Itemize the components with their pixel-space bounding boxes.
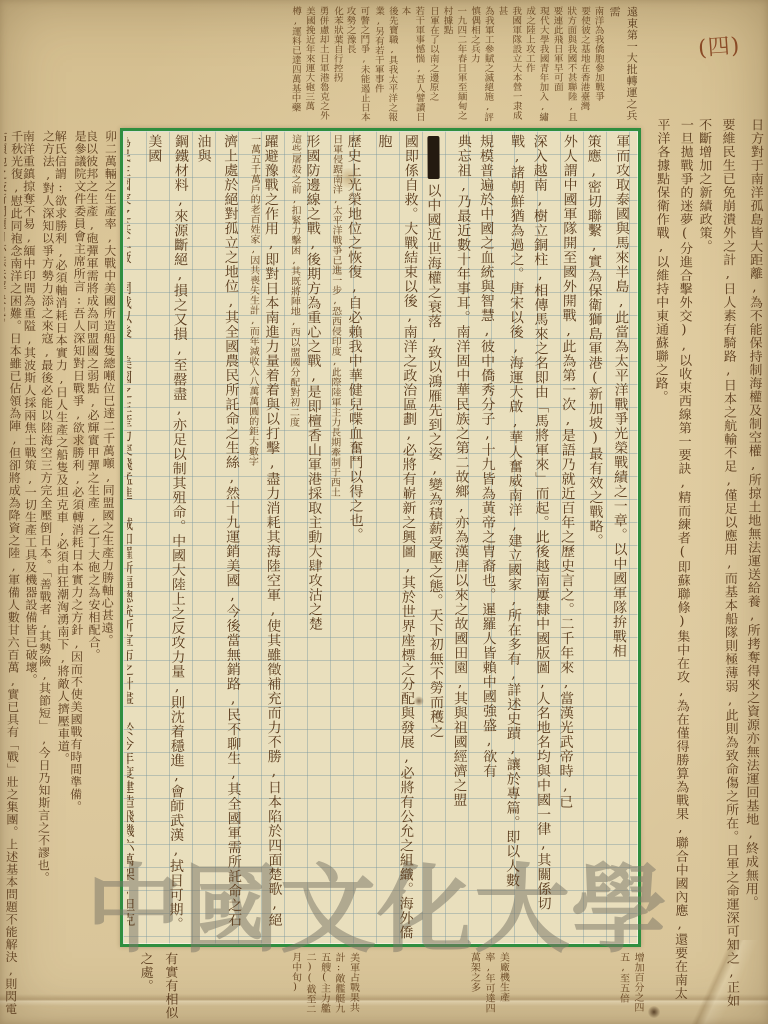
manuscript-column: 化苯狀葉自行控拐	[329, 6, 343, 82]
top-margin-handwriting: 遠東第一大批轉運之兵需南洋為我僑胞參加戰爭要使彼之基地在香港臺灣狀方面與我國不甚…	[10, 6, 640, 127]
handwriting-layer: (四) 日方對于南洋孤島皆大距離,為不能保持制海權及制空權,所掠土地無法運送給養…	[0, 0, 768, 1024]
manuscript-column: 為我軍工參賦之滅絕施,評慎偶相之兵力	[467, 6, 495, 127]
manuscript-column: 典忘祖,乃最近數十年事耳。南洋固中華民族之第二故鄉,亦為漢唐以來之故國田園,其與…	[445, 134, 476, 807]
manuscript-column: 若干軍事憾惴,吾人譬讀日本	[398, 6, 426, 127]
manuscript-column: 以中國近世海權之衰落,致以鴻雁先到之姿,變為積薪受壓之態。天下初無不勞而穫之	[420, 134, 450, 738]
manuscript-column: 日軍侵踞南洋,太平洋戰爭已進一步,恐西侵印度,此際陸軍主力長期牽制于西土	[326, 134, 343, 497]
manuscript-column: 增加百分之四五,至五倍	[615, 952, 644, 1022]
manuscript-column: 要使彼之基地在香港臺灣	[577, 6, 591, 111]
manuscript-column: 卯二萬輛之生產率,大戰中美國所造船隻總噸位已達二千萬噸,同盟國之生產力勝軸心甚遠…	[98, 130, 116, 647]
manuscript-column: 我國軍隊設立大本營一隶成甚	[494, 6, 522, 127]
manuscript-page: 中國文化大學 (四) 日方對于南洋孤島皆大距離,為不能保持制海權及制空權,所掠土…	[0, 0, 768, 1024]
manuscript-column: 軍而攻取泰國與馬來半島,此當為太平洋戰爭光榮戰績之一章。以中國軍隊拚戰相	[606, 134, 634, 658]
manuscript-column: 勇併慮却土日軍港魯克之外	[315, 6, 329, 120]
manuscript-column: 一旦拋戰爭的迷夢(分進合擊外交),以收束西線第一要訣,精而練者(即蘇聯條)集中在…	[646, 118, 697, 1010]
manuscript-column: 形國防邊線之戰,後期方為重心之戰,是即檀香山軍港採取主動大肆攻沽之楚	[299, 134, 328, 631]
manuscript-column: 深入越南,樹立銅柱,相傳馬來之名即由「馬將軍來」而起。此後越南屢隸中國版圖,人名…	[526, 134, 557, 911]
manuscript-column: 外人謂中國軍隊開至國外開戰,此為第一次,是語乃就近百年之歷史言之。二千年來,當漢…	[552, 134, 583, 809]
manuscript-column: 日軍在了以南之邊原之	[426, 6, 440, 101]
manuscript-column: 鋼鐵材料,來源斷絕,損之又損,至罄盡,亦足以制其殂命。中國大陸上之反攻力量,則沈…	[136, 134, 195, 940]
manuscript-column: 策應,密切聯繫,實為保衛獅島軍港(新加坡)最有效之戰略。	[580, 134, 609, 548]
left-margin-handwriting: 卯二萬輛之生產率,大戰中美國所造船隻總噸位已達二千萬噸,同盟國之生產力勝軸心甚遠…	[4, 130, 116, 1018]
manuscript-column: 規模普遍於中國之血統與智慧,彼中僑秀分子,十九皆為黃帝之胄裔也。暹羅人皆賴中國強…	[473, 134, 503, 778]
manuscript-column: 這些屠殺之前,扣緊力擊困,其既將陣地,西以盟國分配對初二度	[285, 134, 302, 427]
grid-sheet-handwriting: 軍而攻取泰國與馬來半島,此當為太平洋戰爭光榮戰績之一章。以中國軍隊拚戰相策應,密…	[127, 134, 634, 940]
manuscript-column: 有實有相似之處。	[132, 952, 182, 1022]
page-number: (四)	[697, 29, 741, 63]
manuscript-column: 南洋為我僑胞參加戰爭	[591, 6, 605, 101]
ink-strikeout	[427, 136, 439, 179]
manuscript-column: 現代大學我國青年加入,繡成之陸上攻工作	[522, 6, 550, 127]
manuscript-column: 可瞥之鬥爭,未能遏止日本攻勢之豫長	[343, 6, 371, 127]
manuscript-column: 美軍占戰果共計:敵艦艇九五艘(主力艦二)(截至二月中旬)	[287, 952, 360, 1022]
manuscript-column: 國即係自救。大戰結束以後,南洋之政治區劃,必將有嶄新之興圖,其於世界座標之分配與…	[365, 134, 424, 940]
manuscript-column: 要維民生已免崩潰外之計,日人素有騎路,日本之航輸不足,僅足以應用,而基本船隊則極…	[691, 118, 742, 1010]
manuscript-column: 狀方面與我國不甚聯陸,且要連此飛日軍早可面	[549, 6, 577, 127]
right-margin-handwriting: 日方對于南洋孤島皆大距離,為不能保持制海權及制空權,所掠土地無法運送給養,所拷奪…	[646, 118, 764, 1010]
bottom-margin-handwriting: 增加百分之四五,至五倍美廠機生產率,年可達四萬架之多美軍占戰果共計:敵艦艇九五艘…	[132, 952, 644, 1022]
manuscript-column: 美國挽近年來運大砲三萬樽,運料已達四萬基中藥	[288, 6, 316, 127]
manuscript-column: 濟上處於絕對孤立之地位,其全國農民所託命之生絲,然十九運銷美國,今後當無銷路,民…	[189, 134, 246, 940]
manuscript-column: 遠東第一大批轉運之兵需	[604, 6, 640, 127]
manuscript-column: 戰,諸朝鮮猶為過之。唐宋以後,海運大啟,華人奮威南洋,建立國家,所在多有,詳述史…	[498, 134, 530, 888]
manuscript-column: 一萬五千萬戶的老百姓家,因共喪失生計,而年減收入八萬萬圓的鉅大數字	[244, 134, 261, 466]
manuscript-column: 之方法,對人深知以爭方勢力添之來寇,最後必能以陸海空三方完全壓倒日本。「善戰者,…	[34, 130, 55, 884]
manuscript-column: 歷史上光榮地位之恢復,自必賴我中華健兒喋血奮鬥以得之也。	[340, 134, 369, 542]
manuscript-column: 一九四二年春日軍至緬甸之村據點	[439, 6, 467, 127]
manuscript-column: 美廠機生產率,年可達四萬架之多	[465, 952, 509, 1022]
manuscript-column: 躍避豫戰之作用,即對日本南進力量着着與以打擊,盡力消耗其海陸空軍,使其雖徵補充而…	[257, 134, 288, 927]
manuscript-column: 後先寶職,具我太平洋之報業,另有若干軍事件	[370, 6, 398, 127]
